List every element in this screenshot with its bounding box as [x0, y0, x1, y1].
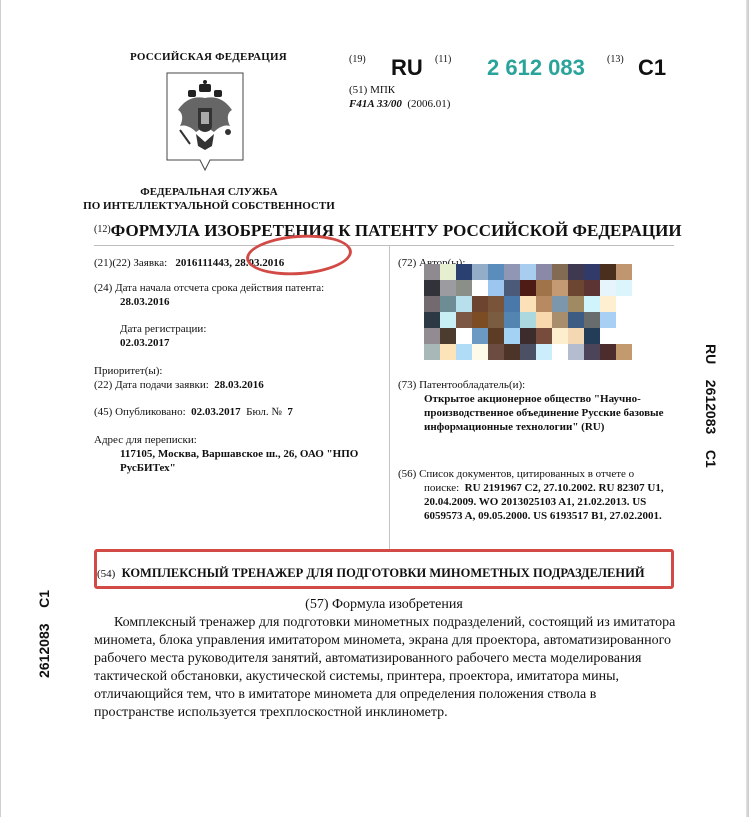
- mosaic-cell: [568, 344, 584, 360]
- mosaic-cell: [472, 312, 488, 328]
- mosaic-cell: [520, 296, 536, 312]
- application-label: (21)(22) Заявка:: [94, 257, 167, 269]
- mosaic-cell: [568, 264, 584, 280]
- page-left-edge: [0, 0, 1, 817]
- inid-code-13: (13): [607, 54, 624, 65]
- published-value: 02.03.2017: [191, 406, 241, 418]
- invention-title-text: КОМПЛЕКСНЫЙ ТРЕНАЖЕР ДЛЯ ПОДГОТОВКИ МИНО…: [122, 566, 645, 580]
- patent-holder-field: (73) Патентообладатель(и): Открытое акци…: [398, 378, 678, 434]
- mosaic-cell: [472, 328, 488, 344]
- column-divider: [389, 245, 390, 550]
- citations-value: RU 2191967 C2, 27.10.2002. RU 82307 U1, …: [424, 482, 664, 522]
- mosaic-cell: [520, 312, 536, 328]
- mosaic-cell: [520, 280, 536, 296]
- bulletin-value: 7: [287, 406, 293, 418]
- ipc-version: (2006.01): [407, 98, 450, 110]
- term-start-label: (24) Дата начала отсчета срока действия …: [94, 281, 384, 295]
- mosaic-cell: [424, 312, 440, 328]
- mosaic-cell: [536, 264, 552, 280]
- address-field: Адрес для переписки: 117105, Москва, Вар…: [94, 433, 386, 475]
- mosaic-cell: [616, 344, 632, 360]
- mosaic-cell: [616, 264, 632, 280]
- invention-title: (54) КОМПЛЕКСНЫЙ ТРЕНАЖЕР ДЛЯ ПОДГОТОВКИ…: [97, 566, 671, 581]
- mosaic-cell: [456, 296, 472, 312]
- mosaic-cell: [552, 328, 568, 344]
- mosaic-cell: [568, 312, 584, 328]
- bulletin-label: Бюл. №: [246, 406, 282, 418]
- term-start-value: 28.03.2016: [120, 296, 170, 308]
- russian-coat-of-arms-icon: [166, 72, 244, 172]
- mosaic-cell: [584, 328, 600, 344]
- mosaic-cell: [440, 344, 456, 360]
- mosaic-cell: [520, 328, 536, 344]
- mosaic-cell: [616, 296, 632, 312]
- kind-code: C1: [638, 55, 666, 81]
- mosaic-cell: [424, 280, 440, 296]
- address-label: Адрес для переписки:: [94, 433, 386, 447]
- mosaic-cell: [536, 280, 552, 296]
- mosaic-cell: [568, 328, 584, 344]
- inid-code-12: (12): [94, 224, 111, 235]
- mosaic-cell: [424, 296, 440, 312]
- filing-label: (22) Дата подачи заявки:: [94, 379, 209, 391]
- mosaic-cell: [504, 344, 520, 360]
- mosaic-cell: [536, 296, 552, 312]
- address-value: 117105, Москва, Варшавское ш., 26, ОАО "…: [120, 448, 358, 474]
- registration-field: Дата регистрации: 02.03.2017: [94, 322, 206, 350]
- margin-label-left: 2612083 C1: [36, 590, 62, 678]
- mosaic-cell: [504, 264, 520, 280]
- mosaic-cell: [504, 280, 520, 296]
- mosaic-cell: [456, 344, 472, 360]
- agency-line-1: ФЕДЕРАЛЬНАЯ СЛУЖБА: [78, 185, 340, 199]
- mosaic-cell: [440, 264, 456, 280]
- margin-label-right: RU 2612083 C1: [693, 344, 719, 468]
- mosaic-cell: [472, 296, 488, 312]
- mosaic-cell: [600, 344, 616, 360]
- patent-number: 2 612 083: [487, 55, 585, 81]
- mosaic-cell: [552, 312, 568, 328]
- mosaic-cell: [584, 296, 600, 312]
- mosaic-cell: [536, 312, 552, 328]
- mosaic-cell: [520, 344, 536, 360]
- mosaic-cell: [600, 280, 616, 296]
- mosaic-cell: [616, 312, 632, 328]
- published-field: (45) Опубликовано: 02.03.2017 Бюл. № 7: [94, 405, 293, 419]
- mosaic-cell: [520, 264, 536, 280]
- filing-value: 28.03.2016: [214, 379, 264, 391]
- mosaic-cell: [536, 328, 552, 344]
- document-type-title: (12)ФОРМУЛА ИЗОБРЕТЕНИЯ К ПАТЕНТУ РОССИЙ…: [94, 221, 682, 241]
- agency-name: ФЕДЕРАЛЬНАЯ СЛУЖБА ПО ИНТЕЛЛЕКТУАЛЬНОЙ С…: [78, 185, 340, 213]
- mosaic-cell: [456, 264, 472, 280]
- country-code: RU: [391, 55, 423, 81]
- mosaic-cell: [584, 344, 600, 360]
- mosaic-cell: [552, 280, 568, 296]
- mosaic-cell: [600, 328, 616, 344]
- mosaic-cell: [600, 312, 616, 328]
- holder-label: (73) Патентообладатель(и):: [398, 378, 678, 392]
- mosaic-cell: [472, 344, 488, 360]
- registration-value: 02.03.2017: [120, 337, 170, 349]
- header-divider: [94, 245, 674, 246]
- mosaic-cell: [600, 264, 616, 280]
- document-type-text: ФОРМУЛА ИЗОБРЕТЕНИЯ К ПАТЕНТУ РОССИЙСКОЙ…: [111, 221, 682, 240]
- holder-value: Открытое акционерное общество "Научно-пр…: [424, 393, 664, 433]
- mpk-label: (51) МПК: [349, 84, 395, 96]
- mosaic-cell: [456, 328, 472, 344]
- mosaic-cell: [552, 296, 568, 312]
- mosaic-cell: [440, 296, 456, 312]
- priority-field: Приоритет(ы): (22) Дата подачи заявки: 2…: [94, 364, 264, 392]
- mosaic-cell: [552, 264, 568, 280]
- mosaic-cell: [424, 344, 440, 360]
- mosaic-cell: [488, 296, 504, 312]
- ipc-classification: F41A 33/00 (2006.01): [349, 98, 450, 110]
- mosaic-cell: [472, 264, 488, 280]
- mosaic-cell: [584, 280, 600, 296]
- term-start-field: (24) Дата начала отсчета срока действия …: [94, 281, 384, 309]
- mosaic-cell: [488, 312, 504, 328]
- mosaic-cell: [424, 328, 440, 344]
- mosaic-cell: [616, 328, 632, 344]
- mosaic-cell: [488, 344, 504, 360]
- mosaic-cell: [456, 280, 472, 296]
- mosaic-cell: [488, 280, 504, 296]
- mosaic-cell: [472, 280, 488, 296]
- priority-label: Приоритет(ы):: [94, 364, 264, 378]
- mosaic-cell: [616, 280, 632, 296]
- mosaic-cell: [504, 296, 520, 312]
- mosaic-cell: [536, 344, 552, 360]
- mosaic-cell: [424, 264, 440, 280]
- claims-text: Комплексный тренажер для подготовки мино…: [94, 614, 678, 722]
- inid-code-19: (19): [349, 54, 366, 65]
- mosaic-cell: [584, 312, 600, 328]
- claims-heading: (57) Формула изобретения: [94, 597, 674, 613]
- mosaic-cell: [568, 296, 584, 312]
- authors-redacted-mosaic: [424, 264, 632, 360]
- ipc-class: F41A 33/00: [349, 98, 402, 110]
- mosaic-cell: [504, 328, 520, 344]
- mosaic-cell: [440, 312, 456, 328]
- registration-label: Дата регистрации:: [94, 322, 206, 336]
- citations-field: (56) Список документов, цитированных в о…: [398, 467, 680, 523]
- mosaic-cell: [568, 280, 584, 296]
- mosaic-cell: [504, 312, 520, 328]
- agency-line-2: ПО ИНТЕЛЛЕКТУАЛЬНОЙ СОБСТВЕННОСТИ: [78, 199, 340, 213]
- mosaic-cell: [488, 328, 504, 344]
- mosaic-cell: [440, 280, 456, 296]
- inid-code-54: (54): [97, 568, 115, 580]
- published-label: (45) Опубликовано:: [94, 406, 186, 418]
- inid-code-11: (11): [435, 54, 451, 65]
- mosaic-cell: [600, 296, 616, 312]
- mosaic-cell: [440, 328, 456, 344]
- mosaic-cell: [456, 312, 472, 328]
- mosaic-cell: [488, 264, 504, 280]
- mosaic-cell: [584, 264, 600, 280]
- country-title: РОССИЙСКАЯ ФЕДЕРАЦИЯ: [130, 51, 287, 63]
- mosaic-cell: [552, 344, 568, 360]
